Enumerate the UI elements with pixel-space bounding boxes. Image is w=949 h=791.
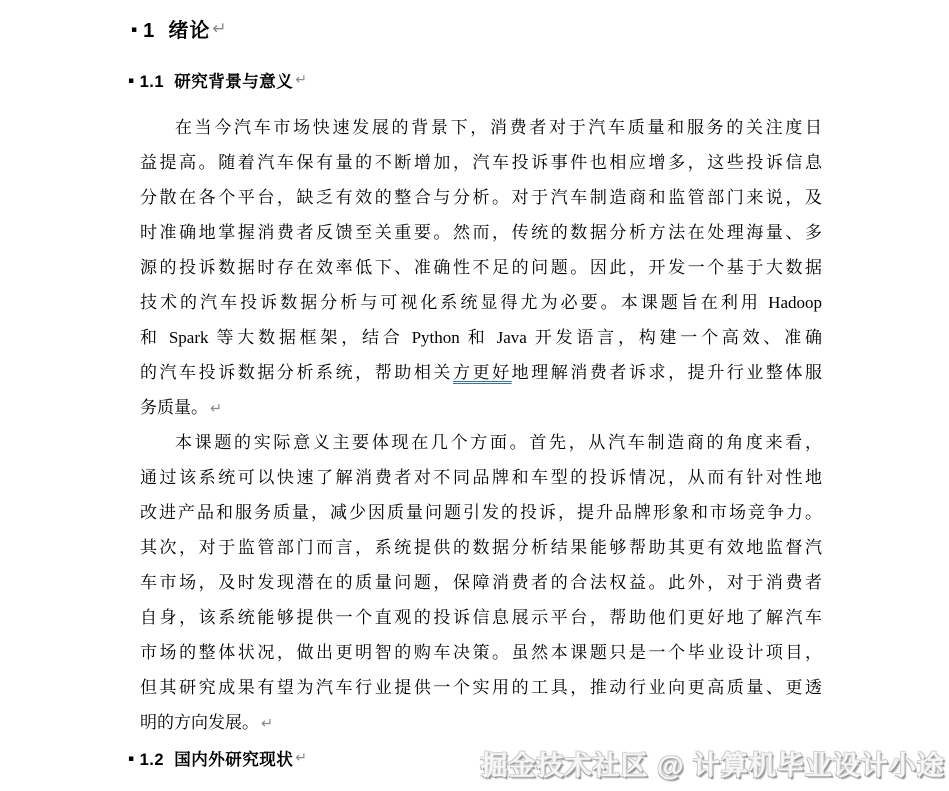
paragraph-mark-icon: ↵ (295, 72, 307, 88)
paragraph-line-text: 技术的汽车投诉数据分析与可视化系统显得尤为必要。本课题旨在利用 Hadoop (140, 293, 822, 312)
heading-style-square-icon: ▪ (131, 25, 138, 35)
chapter-heading-text: 1 绪论 (143, 14, 210, 43)
paragraph-line-text: 车市场，及时发现潜在的质量问题，保障消费者的合法权益。此外，对于消费者 (140, 573, 822, 592)
paragraph-mark-icon: ↵ (212, 19, 227, 39)
paragraph-line: 技术的汽车投诉数据分析与可视化系统显得尤为必要。本课题旨在利用 Hadoop (140, 285, 822, 320)
paragraph-line: 本课题的实际意义主要体现在几个方面。首先，从汽车制造商的角度来看， (140, 425, 822, 460)
paragraph-line: 但其研究成果有望为汽车行业提供一个实用的工具，推动行业向更高质量、更透 (140, 670, 822, 705)
paragraph-line-text: 和 Spark 等大数据框架，结合 Python 和 Java 开发语言，构建一… (140, 328, 822, 347)
paragraph-mark-icon: ↵ (261, 716, 273, 732)
paragraph-line: 车市场，及时发现潜在的质量问题，保障消费者的合法权益。此外，对于消费者 (140, 565, 822, 600)
paragraph-line-text: 益提高。随着汽车保有量的不断增加，汽车投诉事件也相应增多，这些投诉信息 (140, 153, 822, 172)
body-text: 在当今汽车市场快速发展的背景下，消费者对于汽车质量和服务的关注度日 益提高。随着… (140, 110, 822, 740)
paragraph-line: 分散在各个平台，缺乏有效的整合与分析。对于汽车制造商和监管部门来说，及 (140, 180, 822, 215)
paragraph-line: 通过该系统可以快速了解消费者对不同品牌和车型的投诉情况，从而有针对性地 (140, 460, 822, 495)
paragraph-line: 市场的整体状况，做出更明智的购车决策。虽然本课题只是一个毕业设计项目， (140, 635, 822, 670)
paragraph-line-text: 通过该系统可以快速了解消费者对不同品牌和车型的投诉情况，从而有针对性地 (140, 468, 822, 487)
paragraph-line-text: 改进产品和服务质量，减少因质量问题引发的投诉，提升品牌形象和市场竞争力。 (140, 503, 822, 522)
watermark-text: 掘金技术社区 @ 计算机毕业设计小途 (481, 744, 945, 783)
paragraph-line-text: 明的方向发展。 (140, 713, 259, 732)
paragraph-line-text: 时准确地掌握消费者反馈至关重要。然而，传统的数据分析方法在处理海量、多 (140, 223, 822, 242)
paragraph-line-text: 在当今汽车市场快速发展的背景下，消费者对于汽车质量和服务的关注度日 (175, 118, 822, 137)
paragraph-line: 其次，对于监管部门而言，系统提供的数据分析结果能够帮助其更有效地监督汽 (140, 530, 822, 565)
paragraph-last-line: 明的方向发展。↵ (140, 705, 822, 740)
heading-style-square-icon: ▪ (128, 754, 135, 764)
paragraph-line-text: 市场的整体状况，做出更明智的购车决策。虽然本课题只是一个毕业设计项目， (140, 643, 822, 662)
paragraph-line-text: 源的投诉数据时存在效率低下、准确性不足的问题。因此，开发一个基于大数据 (140, 258, 822, 277)
paragraph-line: 时准确地掌握消费者反馈至关重要。然而，传统的数据分析方法在处理海量、多 (140, 215, 822, 250)
section-1-2-heading-text: 1.2 国内外研究现状 (140, 746, 294, 770)
paragraph-line: 改进产品和服务质量，减少因质量问题引发的投诉，提升品牌形象和市场竞争力。 (140, 495, 822, 530)
chapter-heading: ▪ 1 绪论 ↵ (131, 14, 228, 43)
section-1-1-heading: ▪ 1.1 研究背景与意义 ↵ (128, 68, 307, 92)
paragraph-line-text: 但其研究成果有望为汽车行业提供一个实用的工具，推动行业向更高质量、更透 (140, 678, 822, 697)
paragraph-line: 在当今汽车市场快速发展的背景下，消费者对于汽车质量和服务的关注度日 (140, 110, 822, 145)
paragraph-line: 自身，该系统能够提供一个直观的投诉信息展示平台，帮助他们更好地了解汽车 (140, 600, 822, 635)
paragraph-line: 益提高。随着汽车保有量的不断增加，汽车投诉事件也相应增多，这些投诉信息 (140, 145, 822, 180)
paragraph-line: 源的投诉数据时存在效率低下、准确性不足的问题。因此，开发一个基于大数据 (140, 250, 822, 285)
paragraph-line: 和 Spark 等大数据框架，结合 Python 和 Java 开发语言，构建一… (140, 320, 822, 355)
grammar-check-underlined-text: 方更好 (453, 363, 512, 382)
paragraph-mark-icon: ↵ (210, 401, 222, 417)
paragraph-line-text: 自身，该系统能够提供一个直观的投诉信息展示平台，帮助他们更好地了解汽车 (140, 608, 822, 627)
paragraph-line-text: 的汽车投诉数据分析系统，帮助相关 (140, 363, 453, 382)
paragraph-line-text: 其次，对于监管部门而言，系统提供的数据分析结果能够帮助其更有效地监督汽 (140, 538, 822, 557)
paragraph-mark-icon: ↵ (295, 750, 307, 766)
paragraph-line-text: 地理解消费者诉求，提升行业整体服 (512, 363, 822, 382)
paragraph-line-text: 分散在各个平台，缺乏有效的整合与分析。对于汽车制造商和监管部门来说，及 (140, 188, 822, 207)
paragraph-line-text: 本课题的实际意义主要体现在几个方面。首先，从汽车制造商的角度来看， (175, 433, 822, 452)
section-1-1-heading-text: 1.1 研究背景与意义 (140, 68, 294, 92)
heading-style-square-icon: ▪ (128, 76, 135, 86)
paragraph-line-with-grammar-mark: 的汽车投诉数据分析系统，帮助相关方更好地理解消费者诉求，提升行业整体服 (140, 355, 822, 390)
paragraph-line-text: 务质量。 (140, 398, 208, 417)
section-1-2-heading: ▪ 1.2 国内外研究现状 ↵ (128, 746, 307, 770)
paragraph-last-line: 务质量。↵ (140, 390, 822, 425)
document-page: ▪ 1 绪论 ↵ ▪ 1.1 研究背景与意义 ↵ 在当今汽车市场快速发展的背景下… (0, 0, 949, 791)
